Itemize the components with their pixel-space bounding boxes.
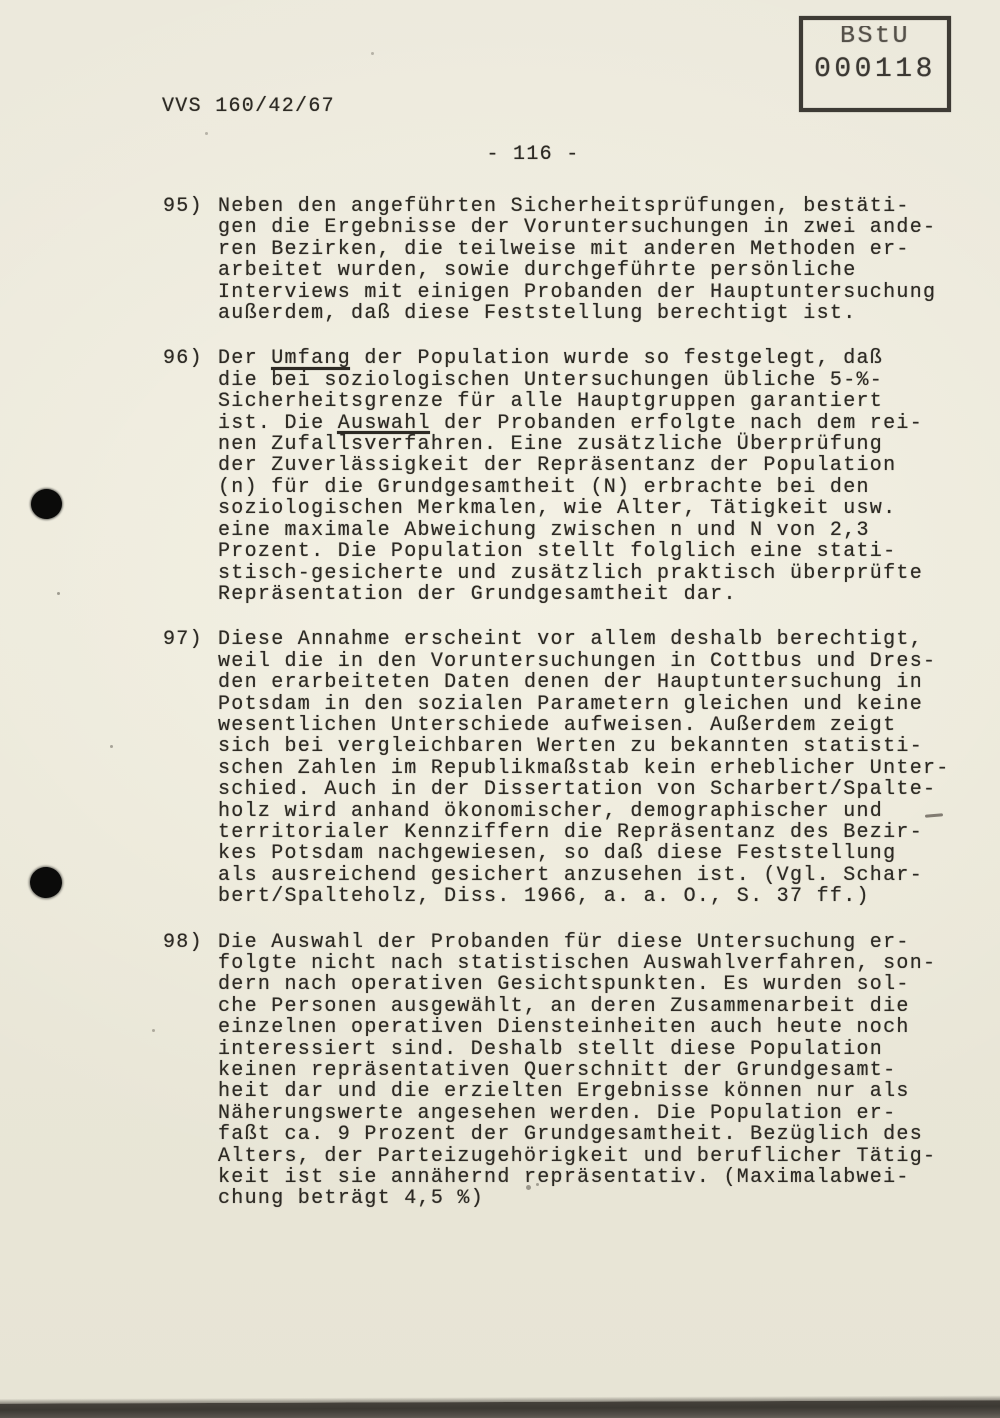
paragraph-body: Diese Annahme erscheint vor allem deshal… (218, 629, 963, 907)
paragraph-body: Die Auswahl der Probanden für diese Unte… (218, 932, 963, 1210)
punch-hole-top (29, 487, 64, 521)
punch-hole-bottom (29, 866, 64, 900)
stamp-page-number: 000118 (803, 55, 947, 85)
paragraph-97: 97) Diese Annahme erscheint vor allem de… (163, 629, 963, 907)
auswahl-underline-decoration (337, 431, 430, 434)
paragraph-98: 98) Die Auswahl der Probanden für diese … (163, 932, 963, 1210)
paragraph-list: 95) Neben den angeführten Sicherheitsprü… (163, 196, 963, 1234)
paragraph-body: Neben den angeführten Sicherheitsprüfung… (218, 196, 963, 324)
scan-specks-decoration (57, 592, 60, 595)
paragraph-text: Der Umfang der Population wurde so festg… (218, 348, 963, 605)
paragraph-96: 96) Der Umfang der Population wurde so f… (163, 348, 963, 605)
stamp-agency-label: BStU (803, 26, 947, 50)
paragraph-text: Neben den angeführten Sicherheitsprüfung… (218, 196, 963, 324)
paragraph-number: 95) (163, 196, 218, 217)
paragraph-number: 98) (163, 932, 218, 953)
bstu-stamp: BStU 000118 (799, 16, 951, 112)
page-number: - 116 - (163, 144, 903, 165)
document-reference: VVS 160/42/67 (162, 96, 335, 117)
umfang-underline-decoration (271, 367, 350, 370)
paragraph-95: 95) Neben den angeführten Sicherheitsprü… (163, 196, 963, 324)
paragraph-text: Diese Annahme erscheint vor allem deshal… (218, 629, 963, 907)
paragraph-body: Der Umfang der Population wurde so festg… (218, 348, 963, 605)
paragraph-number: 96) (163, 348, 218, 369)
scanner-edge-shadow (0, 1400, 1000, 1418)
paragraph-text: Die Auswahl der Probanden für diese Unte… (218, 932, 963, 1210)
paragraph-number: 97) (163, 629, 218, 650)
